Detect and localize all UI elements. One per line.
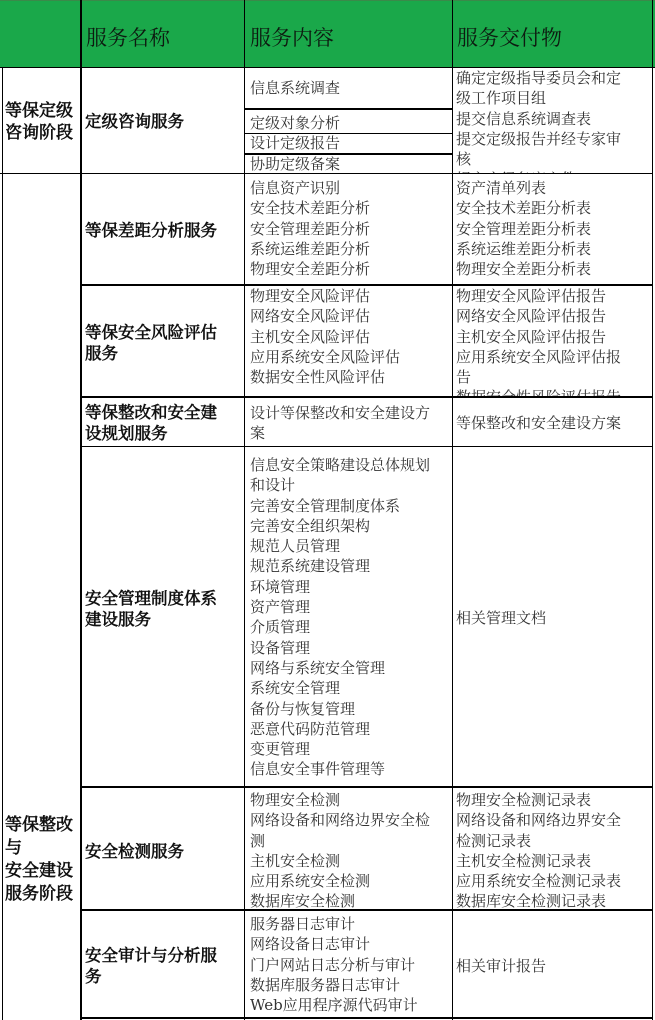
grid-line (245, 153, 452, 155)
service-name-gap-analysis: 等保差距分析服务 (85, 220, 217, 241)
service-name-risk-assessment: 等保安全风险评估 服务 (85, 322, 217, 364)
deliverable-cell: 相关审计报告 (456, 956, 546, 976)
content-cell: 信息系统调查 (250, 78, 340, 98)
grid-line (81, 446, 653, 447)
grid-line (0, 67, 655, 68)
content-cell: 服务器日志审计 网络设备日志审计 门户网站日志分析与审计 数据库服务器日志审计 … (250, 914, 418, 1015)
deliverable-cell: 物理安全检测记录表 网络设备和网络边界安全 检测记录表 主机安全检测记录表 应用… (456, 790, 621, 912)
grid-line (81, 1017, 653, 1019)
content-cell: 物理安全检测 网络设备和网络边界安全检 测 主机安全检测 应用系统安全检测 数据… (250, 790, 430, 912)
grid-line (452, 0, 453, 1020)
header-service-name: 服务名称 (86, 22, 170, 52)
grid-line (0, 0, 655, 1)
deliverable-cell: 确定定级指导委员会和定 级工作项目组 提交信息系统调查表 提交定级报告并经专家审… (456, 68, 651, 173)
deliverable-cell: 等保整改和安全建设方案 (456, 413, 621, 433)
service-name-security-testing: 安全检测服务 (85, 841, 184, 862)
grid-line (0, 173, 653, 174)
content-cell: 协助定级备案 (250, 154, 340, 174)
grid-line (81, 284, 653, 286)
grid-line (245, 133, 452, 134)
grid-line (81, 396, 653, 398)
grid-line (80, 0, 82, 1020)
content-cell: 信息安全策略建设总体规划 和设计 完善安全管理制度体系 完善安全组织架构 规范人… (250, 455, 430, 780)
stage-label-grading: 等保定级 咨询阶段 (5, 100, 73, 144)
content-cell: 信息资产识别 安全技术差距分析 安全管理差距分析 系统运维差距分析 物理安全差距… (250, 178, 370, 279)
content-cell: 物理安全风险评估 网络安全风险评估 主机安全风险评估 应用系统安全风险评估 数据… (250, 286, 400, 387)
content-cell: 设计等保整改和安全建设方 案 (250, 403, 430, 444)
grid-line (2, 68, 3, 1020)
grid-line (81, 786, 653, 788)
content-cell: 设计定级报告 (250, 133, 340, 153)
deliverable-cell: 相关管理文档 (456, 608, 546, 628)
header-service-deliverable: 服务交付物 (457, 22, 562, 52)
grid-line (81, 909, 653, 911)
grid-line (652, 0, 653, 1020)
stage-label-rectification: 等保整改 与 安全建设 服务阶段 (5, 814, 73, 906)
service-name-security-audit: 安全审计与分析服 务 (85, 945, 217, 987)
header-service-content: 服务内容 (250, 22, 334, 52)
deliverable-cell: 物理安全风险评估报告 网络安全风险评估报告 主机安全风险评估报告 应用系统安全风… (456, 286, 651, 397)
deliverable-cell: 资产清单列表 安全技术差距分析表 安全管理差距分析表 系统运维差距分析表 物理安… (456, 178, 591, 279)
content-cell: 定级对象分析 (250, 113, 340, 133)
service-name-rectification-planning: 等保整改和安全建 设规划服务 (85, 402, 217, 444)
grid-line (245, 108, 452, 110)
service-name-management-system: 安全管理制度体系 建设服务 (85, 588, 217, 630)
service-name-grading-consulting: 定级咨询服务 (85, 111, 184, 132)
